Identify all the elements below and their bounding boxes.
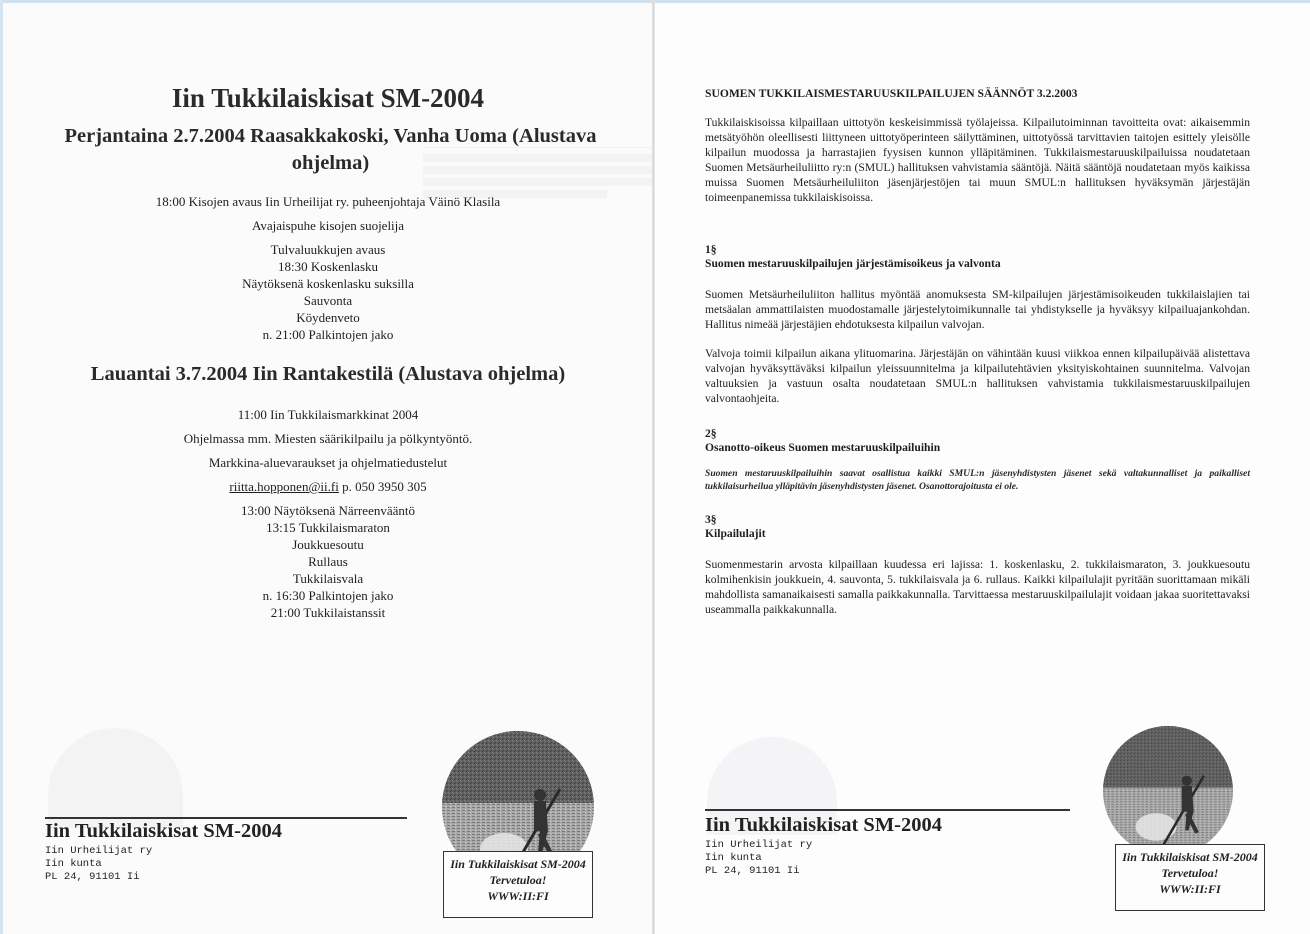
section-paragraph: Valvoja toimii kilpailun aikana ylituoma… <box>705 346 1250 406</box>
program-line: 18:30 Koskenlasku <box>3 258 653 275</box>
welcome-box-web: WWW:II:FI <box>1116 881 1264 897</box>
section-2: 2§ Osanotto-oikeus Suomen mestaruuskilpa… <box>705 427 1250 493</box>
program-line: 13:00 Näytöksenä Närreenvääntö <box>3 502 653 519</box>
footer-divider <box>45 817 407 819</box>
address-line: PL 24, 91101 Ii <box>45 871 152 884</box>
section-1: 1§ Suomen mestaruuskilpailujen järjestäm… <box>705 243 1250 406</box>
program-line: Näytöksenä koskenlasku suksilla <box>3 275 653 292</box>
footer-title: Iin Tukkilaiskisat SM-2004 <box>45 820 282 843</box>
program-line: Avajaispuhe kisojen suojelija <box>3 217 653 234</box>
program-line: n. 16:30 Palkintojen jako <box>3 587 653 604</box>
program-line: Rullaus <box>3 553 653 570</box>
program-line: Ohjelmassa mm. Miesten säärikilpailu ja … <box>3 430 653 447</box>
friday-program: 18:00 Kisojen avaus Iin Urheilijat ry. p… <box>3 193 653 343</box>
program-line: Köydenveto <box>3 309 653 326</box>
program-line: n. 21:00 Palkintojen jako <box>3 326 653 343</box>
bleed-through-circle <box>48 728 183 828</box>
section-number: 1§ <box>705 243 1250 257</box>
welcome-box-greeting: Tervetuloa! <box>444 872 592 888</box>
program-line: Tukkilaisvala <box>3 570 653 587</box>
friday-heading: Perjantaina 2.7.2004 Raasakkakoski, Vanh… <box>58 123 603 177</box>
section-title: Osanotto-oikeus Suomen mestaruuskilpailu… <box>705 441 1250 455</box>
log-roller-photo-icon <box>1103 726 1233 856</box>
address-line: Iin kunta <box>45 858 152 871</box>
address-line: Iin kunta <box>705 852 812 865</box>
address-line: Iin Urheilijat ry <box>705 839 812 852</box>
welcome-box: Iin Tukkilaiskisat SM-2004 Tervetuloa! W… <box>1115 844 1265 911</box>
section-paragraph: Suomenmestarin arvosta kilpaillaan kuude… <box>705 557 1250 617</box>
welcome-box-title: Iin Tukkilaiskisat SM-2004 <box>444 856 592 872</box>
rules-heading: SUOMEN TUKKILAISMESTARUUSKILPAILUJEN SÄÄ… <box>705 87 1077 100</box>
address-line: Iin Urheilijat ry <box>45 845 152 858</box>
section-number: 2§ <box>705 427 1250 441</box>
section-title: Kilpailulajit <box>705 527 1250 541</box>
address-line: PL 24, 91101 Ii <box>705 865 812 878</box>
welcome-box-web: WWW:II:FI <box>444 888 592 904</box>
welcome-box-title: Iin Tukkilaiskisat SM-2004 <box>1116 849 1264 865</box>
right-page: SUOMEN TUKKILAISMESTARUUSKILPAILUJEN SÄÄ… <box>655 3 1310 934</box>
welcome-box: Iin Tukkilaiskisat SM-2004 Tervetuloa! W… <box>443 851 593 918</box>
program-line: 13:15 Tukkilaismaraton <box>3 519 653 536</box>
left-page: Iin Tukkilaiskisat SM-2004 Perjantaina 2… <box>3 3 653 934</box>
contact-phone: p. 050 3950 305 <box>342 479 427 494</box>
section-paragraph: Suomen mestaruuskilpailuihin saavat osal… <box>705 467 1250 493</box>
saturday-heading: Lauantai 3.7.2004 Iin Rantakestilä (Alus… <box>3 363 653 386</box>
footer-divider <box>705 809 1070 811</box>
program-line: Sauvonta <box>3 292 653 309</box>
program-line: 11:00 Iin Tukkilaismarkkinat 2004 <box>3 406 653 423</box>
program-line: Markkina-aluevaraukset ja ohjelmatiedust… <box>3 454 653 471</box>
program-line: 18:00 Kisojen avaus Iin Urheilijat ry. p… <box>3 193 653 210</box>
section-3: 3§ Kilpailulajit Suomenmestarin arvosta … <box>705 513 1250 617</box>
footer-title: Iin Tukkilaiskisat SM-2004 <box>705 814 942 837</box>
section-number: 3§ <box>705 513 1250 527</box>
contact-email-link[interactable]: riitta.hopponen@ii.fi <box>229 479 338 494</box>
saturday-intro: 11:00 Iin Tukkilaismarkkinat 2004 Ohjelm… <box>3 406 653 495</box>
rules-intro: Tukkilaiskisoissa kilpaillaan uittotyön … <box>705 115 1250 205</box>
page-title: Iin Tukkilaiskisat SM-2004 <box>3 83 653 114</box>
contact-line: riitta.hopponen@ii.fi p. 050 3950 305 <box>3 478 653 495</box>
program-line: 21:00 Tukkilaistanssit <box>3 604 653 621</box>
program-line: Joukkuesoutu <box>3 536 653 553</box>
footer-address: Iin Urheilijat ry Iin kunta PL 24, 91101… <box>705 839 812 878</box>
footer-address: Iin Urheilijat ry Iin kunta PL 24, 91101… <box>45 845 152 884</box>
welcome-box-greeting: Tervetuloa! <box>1116 865 1264 881</box>
saturday-program: 13:00 Näytöksenä Närreenvääntö 13:15 Tuk… <box>3 502 653 621</box>
section-title: Suomen mestaruuskilpailujen järjestämiso… <box>705 257 1250 271</box>
section-paragraph: Suomen Metsäurheiluliiton hallitus myönt… <box>705 287 1250 332</box>
program-line: Tulvaluukkujen avaus <box>3 241 653 258</box>
